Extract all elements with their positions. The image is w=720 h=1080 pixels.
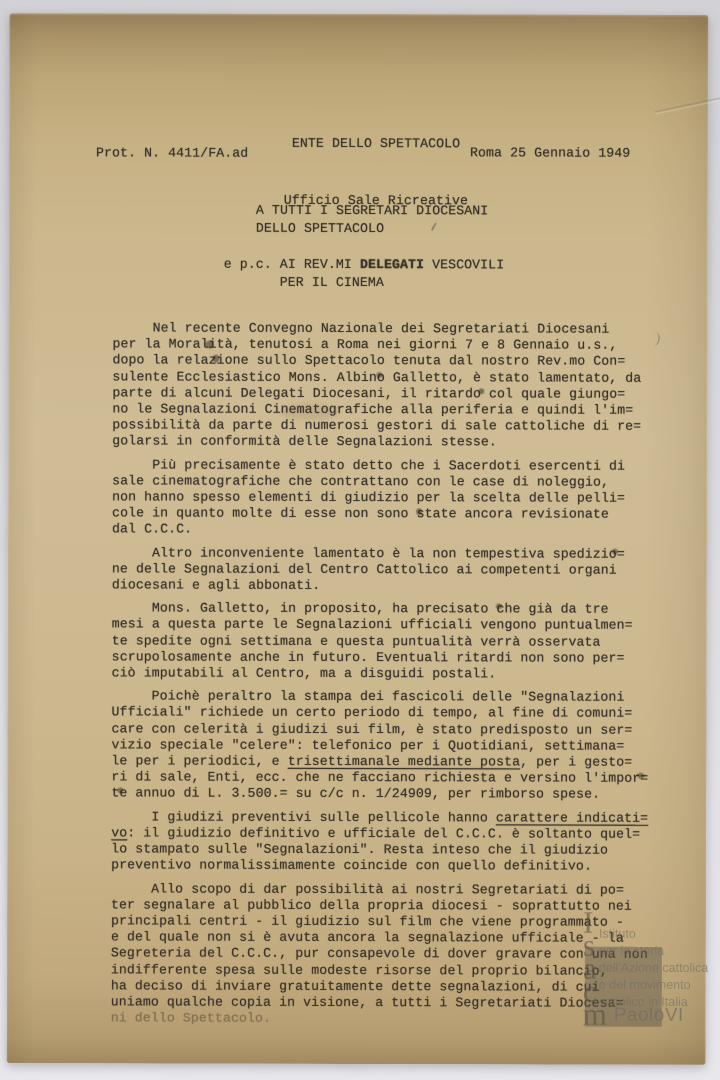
ink-blot (212, 355, 219, 363)
underlined-text: trisettimanale mediante posta (288, 754, 520, 770)
body-line: Segreteria del C.C.C., pur consapevole d… (111, 946, 648, 964)
body-line: principali centri - il giudizio sul film… (111, 913, 648, 931)
ink-blot (637, 773, 644, 779)
recipient-line: DELLO SPETTACOLO (224, 220, 505, 239)
paragraph: Poichè peraltro la stampa dei fascicoli … (111, 689, 648, 804)
body-line: te spedite ogni settimana e questa puntu… (112, 633, 649, 651)
body-line: ri di sale, Enti, ecc. che ne facciano r… (111, 770, 648, 788)
ink-blot (376, 372, 382, 378)
paragraph: Mons. Galletto, in proposito, ha precisa… (112, 601, 649, 683)
body-line: dopo la relazione sullo Spettacolo tenut… (112, 353, 649, 371)
ink-blot (117, 787, 123, 793)
letter-body: Nel recente Convegno Nazionale dei Segre… (111, 320, 650, 1028)
document-photo: ENTE DELLO SPETTACOLO Ufficio Sale Ricre… (0, 0, 720, 1080)
ink-blot (478, 388, 484, 394)
paragraph: Più precisamente è stato detto che i Sac… (112, 457, 649, 539)
body-line: le per i periodici, e trisettimanale med… (111, 753, 648, 771)
body-line: scrupolosamente anche in futuro. Eventua… (112, 649, 649, 667)
body-line: dal C.C.C. (112, 522, 649, 540)
body-line: per la Moralità, tenutosi a Roma nei gio… (112, 337, 649, 355)
body-line: vo: il giudizio definitivo e ufficiale d… (111, 825, 648, 843)
body-line: sale cinematografiche che contrattano co… (112, 473, 649, 491)
body-line: possibilità da parte di numerosi gestori… (112, 418, 649, 436)
body-line: diocesani e agli abbonati. (112, 577, 649, 595)
body-line: indifferente spesa sulle modeste risorse… (111, 962, 648, 980)
dateline: Roma 25 Gennaio 1949 (470, 145, 630, 160)
paragraph: Allo scopo di dar possibilità ai nostri … (111, 881, 648, 1028)
recipient-line: e p.c. AI REV.MI DELEGATI VESCOVILI (224, 255, 505, 274)
ink-blot (205, 341, 213, 349)
recipient-line: PER IL CINEMA (224, 273, 505, 292)
ink-blot (612, 549, 618, 555)
body-line: cole in quanto molte di esse non sono st… (112, 506, 649, 524)
body-line: ni dello Spettacolo. (111, 1010, 648, 1028)
recipient-line (224, 237, 505, 256)
body-line: care con celerità i giudizi sui film, è … (111, 721, 648, 739)
recipients-block: A TUTTI I SEGRETARI DIOCESANI DELLO SPET… (224, 202, 505, 292)
body-line: no le Segnalazioni Cinematografiche alla… (112, 401, 649, 419)
body-line: mesi a questa parte le Segnalazioni uffi… (112, 617, 649, 635)
body-line: ha deciso di inviare gratuitamente dette… (111, 978, 648, 996)
body-line: Poichè peraltro la stampa dei fascicoli … (112, 689, 649, 707)
underlined-text: carattere indicati= (496, 810, 648, 825)
body-line: ter segnalare al pubblico della propria … (111, 897, 648, 915)
body-line: preventivo normalissimamente coincide co… (111, 858, 648, 876)
pencil-mark (649, 331, 661, 346)
body-line: e del quale non si è avuta ancora la seg… (111, 929, 648, 947)
body-line: Più precisamente è stato detto che i Sac… (112, 457, 649, 475)
paper-sheet: ENTE DELLO SPETTACOLO Ufficio Sale Ricre… (7, 13, 709, 1065)
body-line: te annuo di L. 3.500.= su c/c n. 1/24909… (111, 786, 648, 804)
ink-blot (496, 603, 502, 609)
body-line: ciò imputabili al Centro, ma a disguidi … (112, 665, 649, 683)
body-line: Ufficiali" richiede un certo periodo di … (112, 705, 649, 723)
paper-stain (280, 404, 340, 420)
body-line: I giudizi preventivi sulle pellicole han… (111, 809, 648, 827)
paper-crease (655, 91, 720, 119)
body-line: vizio speciale "celere": telefonico per … (111, 737, 648, 755)
body-line: Altro inconveniente lamentato è la non t… (112, 545, 649, 563)
body-line: uniamo qualche copia in visione, a tutti… (111, 994, 648, 1012)
body-line: lo stampato sulle "Segnalazioni". Resta … (111, 841, 648, 859)
underlined-text: vo (111, 825, 127, 840)
body-line: Mons. Galletto, in proposito, ha precisa… (112, 601, 649, 619)
protocol-number: Prot. N. 4411/FA.ad (96, 145, 248, 160)
body-line: ne delle Segnalazioni del Centro Cattoli… (112, 561, 649, 579)
paragraph: Altro inconveniente lamentato è la non t… (112, 545, 649, 595)
paragraph: I giudizi preventivi sulle pellicole han… (111, 809, 648, 875)
body-line: non hanno spesso elementi di giudizio pe… (112, 489, 649, 507)
body-line: Nel recente Convegno Nazionale dei Segre… (113, 320, 650, 338)
body-line: Allo scopo di dar possibilità ai nostri … (111, 881, 648, 899)
recipient-line: A TUTTI I SEGRETARI DIOCESANI (224, 202, 505, 221)
body-line: golarsi in conformità delle Segnalazioni… (112, 434, 649, 452)
overstruck-text: DELEGATI (360, 257, 424, 272)
paragraph: Nel recente Convegno Nazionale dei Segre… (112, 320, 649, 451)
body-line: parte di alcuni Delegati Diocesani, il r… (112, 385, 649, 403)
ink-blot (416, 508, 422, 515)
